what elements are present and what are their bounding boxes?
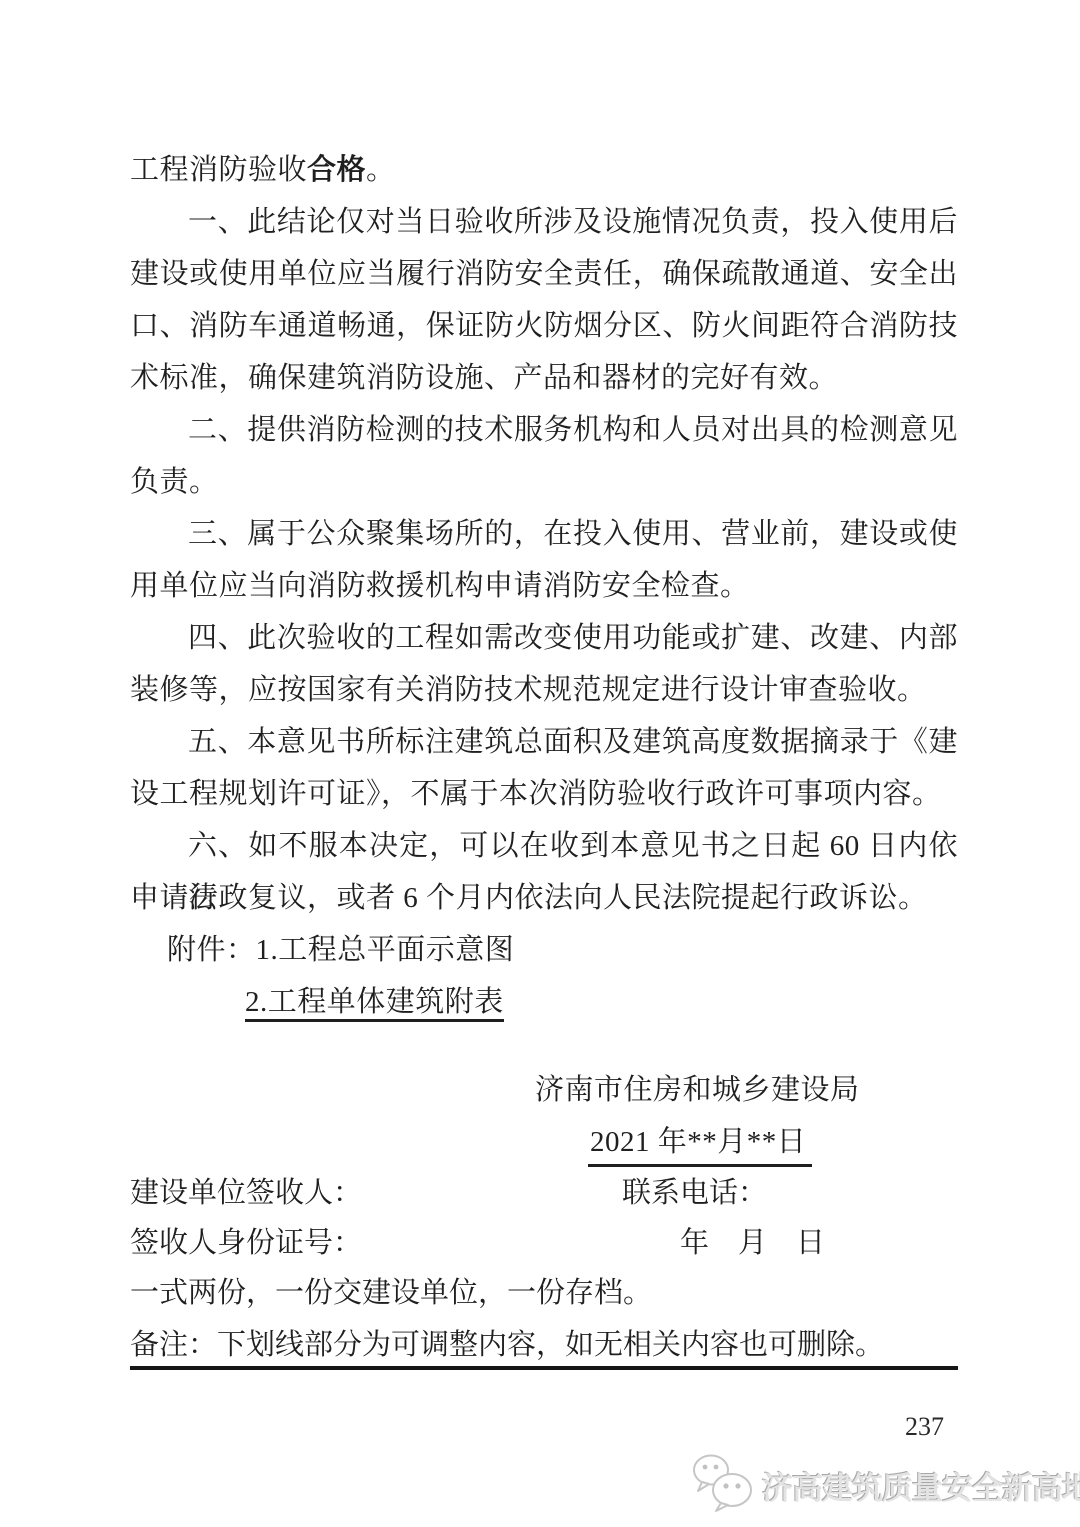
clause-5-line-1: 五、本意见书所标注建筑总面积及建筑高度数据摘录于《建 xyxy=(130,716,958,768)
wechat-icon xyxy=(690,1453,756,1518)
conclusion-text: 工程消防验收 xyxy=(130,154,307,186)
attachment-2-underlined-text: 2.工程单体建筑附表 xyxy=(245,986,504,1022)
document-body: 工程消防验收合格。 一、此结论仅对当日验收所涉及设施情况负责，投入使用后 建设或… xyxy=(130,144,958,1370)
clause-6-line-2: 申请行政复议，或者 6 个月内依法向人民法院提起行政诉讼。 xyxy=(130,872,958,924)
year-month-day-blanks: 年 月 日 xyxy=(680,1218,825,1268)
attachment-line-1: 附件：1.工程总平面示意图 xyxy=(130,924,958,976)
clause-1-line-2: 建设或使用单位应当履行消防安全责任，确保疏散通道、安全出 xyxy=(130,248,958,300)
remark-underlined-line: 备注：下划线部分为可调整内容，如无相关内容也可删除。 xyxy=(130,1324,958,1370)
id-label: 签收人身份证号： xyxy=(130,1227,362,1259)
document-page: 工程消防验收合格。 一、此结论仅对当日验收所涉及设施情况负责，投入使用后 建设或… xyxy=(0,0,1080,1527)
clause-2-line-2: 负责。 xyxy=(130,456,958,508)
issue-date-line: 2021 年**月**日 xyxy=(130,1116,958,1168)
attachment-line-2: 2.工程单体建筑附表 xyxy=(130,976,958,1028)
conclusion-line: 工程消防验收合格。 xyxy=(130,144,958,196)
copies-note: 一式两份，一份交建设单位，一份存档。 xyxy=(130,1268,958,1318)
clause-5-line-2: 设工程规划许可证》，不属于本次消防验收行政许可事项内容。 xyxy=(130,768,958,820)
clause-1-line-3: 口、消防车通道畅通，保证防火防烟分区、防火间距符合消防技 xyxy=(130,300,958,352)
wechat-watermark: 济高建筑质量安全新高地 xyxy=(690,1453,1080,1518)
signer-row: 建设单位签收人： 联系电话： xyxy=(130,1168,958,1218)
issue-date-underlined: 2021 年**月**日 xyxy=(588,1122,812,1167)
clause-2-line-1: 二、提供消防检测的技术服务机构和人员对出具的检测意见 xyxy=(130,404,958,456)
signer-label: 建设单位签收人： xyxy=(130,1177,362,1209)
clause-1-line-1: 一、此结论仅对当日验收所涉及设施情况负责，投入使用后 xyxy=(130,196,958,248)
clause-6-line-1: 六、如不服本决定，可以在收到本意见书之日起 60 日内依法 xyxy=(130,820,958,872)
clause-4-line-2: 装修等，应按国家有关消防技术规范规定进行设计审查验收。 xyxy=(130,664,958,716)
page-number: 237 xyxy=(905,1412,944,1442)
issuing-agency: 济南市住房和城乡建设局 xyxy=(130,1064,958,1116)
clause-4-line-1: 四、此次验收的工程如需改变使用功能或扩建、改建、内部 xyxy=(130,612,958,664)
clause-1-line-4: 术标准，确保建筑消防设施、产品和器材的完好有效。 xyxy=(130,352,958,404)
clause-3-line-1: 三、属于公众聚集场所的，在投入使用、营业前，建设或使 xyxy=(130,508,958,560)
conclusion-period: 。 xyxy=(366,154,396,186)
watermark-text: 济高建筑质量安全新高地 xyxy=(762,1463,1080,1508)
phone-label: 联系电话： xyxy=(622,1168,767,1218)
clause-3-line-2: 用单位应当向消防救援机构申请消防安全检查。 xyxy=(130,560,958,612)
conclusion-result: 合格 xyxy=(307,154,366,186)
id-row: 签收人身份证号： 年 月 日 xyxy=(130,1218,958,1268)
